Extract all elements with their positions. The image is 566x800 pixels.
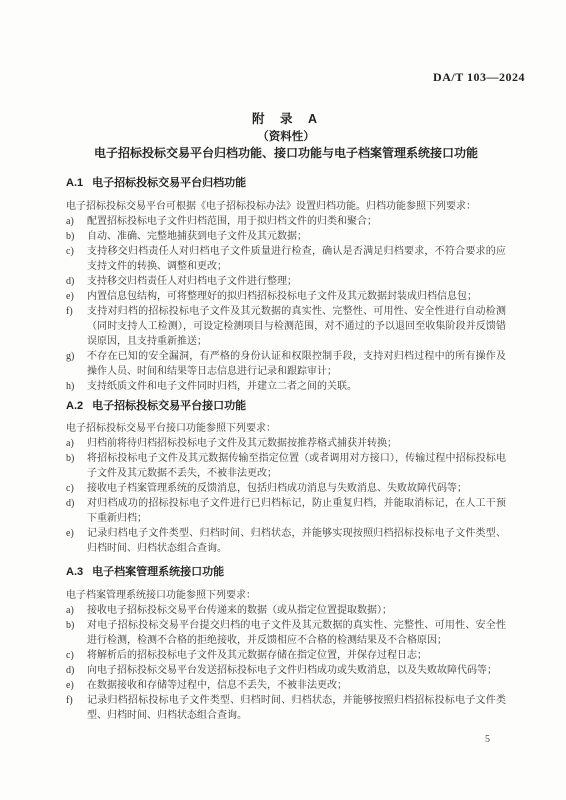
list-item-text: 不存在已知的安全漏洞，有严格的身份认证和权限控制手段，支持对归档过程中的所有操作… (87, 349, 506, 379)
section-a1-heading-text: 电子招标投标交易平台归档功能 (92, 177, 246, 189)
list-item-label: d) (66, 663, 87, 678)
list-item-text: 记录归档电子文件类型、归档时间、归档状态，并能够实现按照归档招标投标电子文件类型… (87, 526, 506, 556)
list-item: c)支持移交归档责任人对归档电子文件质量进行检查，确认是否满足归档要求，不符合要… (66, 244, 506, 274)
list-item: g)不存在已知的安全漏洞，有严格的身份认证和权限控制手段，支持对归档过程中的所有… (66, 349, 506, 379)
list-item: d)对归档成功的招标投标电子文件进行已归档标记，防止重复归档，并能取消标记，在人… (66, 496, 506, 526)
list-item-text: 支持移交归档责任人对归档电子文件进行整理； (87, 274, 506, 289)
list-item-label: c) (66, 244, 87, 274)
list-item-text: 内置信息包结构，可将整理好的拟归档招标投标电子文件及其元数据封装成归档信息包； (87, 289, 506, 304)
list-item-label: d) (66, 496, 87, 526)
section-a1-intro: 电子招标投标交易平台可根据《电子招标投标办法》设置归档功能。归档功能参照下列要求… (66, 199, 506, 214)
section-a1-heading: A.1电子招标投标交易平台归档功能 (66, 176, 506, 191)
section-a3: A.3电子档案管理系统接口功能 电子档案管理系统接口功能参照下列要求： a)接收… (66, 565, 506, 723)
list-item: b)对电子招标投标交易平台提交归档的电子文件及其元数据的真实性、完整性、可用性、… (66, 618, 506, 648)
list-item-text: 接收电子档案管理系统的反馈消息，包括归档成功消息与失败消息、失败故障代码等； (87, 481, 506, 496)
list-item: e)内置信息包结构，可将整理好的拟归档招标投标电子文件及其元数据封装成归档信息包… (66, 289, 506, 304)
appendix-subject-title: 电子招标投标交易平台归档功能、接口功能与电子档案管理系统接口功能 (66, 146, 506, 161)
list-item-label: f) (66, 304, 87, 349)
list-item-label: c) (66, 648, 87, 663)
list-item-label: b) (66, 451, 87, 481)
list-item-label: f) (66, 693, 87, 723)
list-item: c)接收电子档案管理系统的反馈消息，包括归档成功消息与失败消息、失败故障代码等； (66, 481, 506, 496)
appendix-label: 附 录 A (66, 112, 506, 127)
list-item-label: b) (66, 618, 87, 648)
list-item-label: e) (66, 526, 87, 556)
list-item-label: a) (66, 603, 87, 618)
list-item: b)将招标投标电子文件及其元数据传输至指定位置（或者调用对方接口），传输过程中招… (66, 451, 506, 481)
list-item: f)记录归档招标投标电子文件类型、归档时间、归档状态，并能够按照归档招标投标电子… (66, 693, 506, 723)
list-item-label: h) (66, 379, 87, 394)
list-item-text: 支持纸质文件和电子文件同时归档，并建立二者之间的关联。 (87, 379, 506, 394)
list-item-text: 对归档成功的招标投标电子文件进行已归档标记，防止重复归档，并能取消标记，在人工干… (87, 496, 506, 526)
list-item-text: 在数据接收和存储等过程中，信息不丢失，不被非法更改； (87, 678, 506, 693)
list-item-text: 将解析后的招标投标电子文件及其元数据存储在指定位置，并保存过程日志； (87, 648, 506, 663)
section-a3-heading: A.3电子档案管理系统接口功能 (66, 565, 506, 580)
list-item: c)将解析后的招标投标电子文件及其元数据存储在指定位置，并保存过程日志； (66, 648, 506, 663)
list-item: a)配置招标投标电子文件归档范围，用于拟归档文件的归类和聚合； (66, 214, 506, 229)
list-item-text: 对电子招标投标交易平台提交归档的电子文件及其元数据的真实性、完整性、可用性、安全… (87, 618, 506, 648)
list-item-label: c) (66, 481, 87, 496)
list-item-text: 记录归档招标投标电子文件类型、归档时间、归档状态，并能够按照归档招标投标电子文件… (87, 693, 506, 723)
list-item-text: 支持对归档的招标投标电子文件及其元数据的真实性、完整性、可用性、安全性进行自动检… (87, 304, 506, 349)
section-a2-intro: 电子招标投标交易平台接口功能参照下列要求： (66, 421, 506, 436)
list-item: a)归档前将待归档招标投标电子文件及其元数据按推荐格式捕获并转换； (66, 436, 506, 451)
appendix-title-block: 附 录 A （资料性） 电子招标投标交易平台归档功能、接口功能与电子档案管理系统… (66, 0, 506, 161)
section-a1: A.1电子招标投标交易平台归档功能 电子招标投标交易平台可根据《电子招标投标办法… (66, 176, 506, 394)
list-item-label: e) (66, 678, 87, 693)
list-item: a)接收电子招标投标交易平台传递来的数据（或从指定位置提取数据）； (66, 603, 506, 618)
document-page: DA/T 103—2024 附 录 A （资料性） 电子招标投标交易平台归档功能… (0, 0, 566, 800)
page-content: 附 录 A （资料性） 电子招标投标交易平台归档功能、接口功能与电子档案管理系统… (66, 0, 506, 723)
list-item: e)在数据接收和存储等过程中，信息不丢失，不被非法更改； (66, 678, 506, 693)
list-item-text: 向电子招标投标交易平台发送招标投标电子文件归档成功或失败消息，以及失败故障代码等… (87, 663, 506, 678)
list-item: e)记录归档电子文件类型、归档时间、归档状态，并能够实现按照归档招标投标电子文件… (66, 526, 506, 556)
section-a3-heading-text: 电子档案管理系统接口功能 (92, 566, 224, 578)
section-a2-heading-text: 电子招标投标交易平台接口功能 (92, 400, 246, 412)
page-number: 5 (485, 734, 490, 745)
list-item-label: g) (66, 349, 87, 379)
list-item-text: 将招标投标电子文件及其元数据传输至指定位置（或者调用对方接口），传输过程中招标投… (87, 451, 506, 481)
list-item: b)自动、准确、完整地捕获到电子文件及其元数据； (66, 229, 506, 244)
appendix-classification: （资料性） (66, 130, 506, 145)
list-item-label: a) (66, 436, 87, 451)
section-a2: A.2电子招标投标交易平台接口功能 电子招标投标交易平台接口功能参照下列要求： … (66, 399, 506, 556)
list-item-text: 配置招标投标电子文件归档范围，用于拟归档文件的归类和聚合； (87, 214, 506, 229)
list-item-label: e) (66, 289, 87, 304)
list-item-label: a) (66, 214, 87, 229)
section-a3-intro: 电子档案管理系统接口功能参照下列要求： (66, 588, 506, 603)
list-item-label: d) (66, 274, 87, 289)
section-a2-heading: A.2电子招标投标交易平台接口功能 (66, 399, 506, 414)
section-a3-number: A.3 (66, 566, 83, 578)
list-item-text: 支持移交归档责任人对归档电子文件质量进行检查，确认是否满足归档要求，不符合要求的… (87, 244, 506, 274)
list-item: d)支持移交归档责任人对归档电子文件进行整理； (66, 274, 506, 289)
list-item: d)向电子招标投标交易平台发送招标投标电子文件归档成功或失败消息，以及失败故障代… (66, 663, 506, 678)
list-item-text: 自动、准确、完整地捕获到电子文件及其元数据； (87, 229, 506, 244)
list-item-text: 归档前将待归档招标投标电子文件及其元数据按推荐格式捕获并转换； (87, 436, 506, 451)
list-item: f)支持对归档的招标投标电子文件及其元数据的真实性、完整性、可用性、安全性进行自… (66, 304, 506, 349)
section-a2-number: A.2 (66, 400, 83, 412)
list-item: h)支持纸质文件和电子文件同时归档，并建立二者之间的关联。 (66, 379, 506, 394)
list-item-text: 接收电子招标投标交易平台传递来的数据（或从指定位置提取数据）； (87, 603, 506, 618)
section-a1-number: A.1 (66, 177, 83, 189)
list-item-label: b) (66, 229, 87, 244)
